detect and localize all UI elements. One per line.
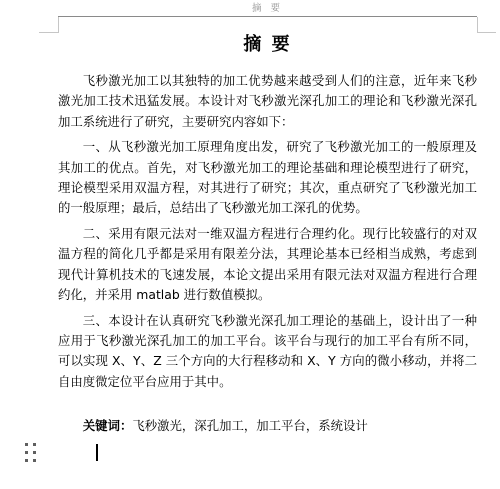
crop-mark-top-left-vertical — [58, 17, 59, 33]
abstract-paragraph-1[interactable]: 飞秒激光加工以其独特的加工优势越来越受到人们的注意，近年来飞秒激光加工技术迅猛发… — [58, 71, 477, 132]
crop-mark-top-right-horizontal — [477, 32, 496, 33]
abstract-paragraph-2[interactable]: 一、从飞秒激光加工原理角度出发，研究了飞秒激光加工的一般原理及其加工的优点。首先… — [58, 137, 477, 218]
abstract-paragraph-4[interactable]: 三、本设计在认真研究飞秒激光深孔加工理论的基础上，设计出了一种应用于飞秒激光深孔… — [58, 311, 477, 392]
text-cursor — [96, 444, 98, 461]
abstract-title[interactable]: 摘 要 — [58, 35, 477, 55]
drag-handle-dots-icon[interactable] — [25, 443, 36, 462]
keywords-line[interactable]: 关键词：飞秒激光，深孔加工，加工平台，系统设计 — [58, 416, 477, 436]
crop-mark-top-right-vertical — [477, 17, 478, 33]
document-page: 摘 要 摘 要 飞秒激光加工以其独特的加工优势越来越受到人们的注意，近年来飞秒激… — [0, 0, 500, 489]
header-rule — [58, 16, 477, 17]
running-header-text: 摘 要 — [252, 3, 283, 14]
abstract-paragraph-3[interactable]: 二、采用有限元法对一维双温方程进行合理约化。现行比较盛行的对双温方程的简化几乎都… — [58, 224, 477, 305]
keywords-text: 飞秒激光，深孔加工，加工平台，系统设计 — [132, 418, 367, 433]
keywords-label: 关键词： — [83, 418, 133, 433]
abstract-body: 飞秒激光加工以其独特的加工优势越来越受到人们的注意，近年来飞秒激光加工技术迅猛发… — [58, 71, 477, 442]
running-header: 摘 要 — [58, 3, 477, 14]
crop-mark-top-left-horizontal — [39, 32, 58, 33]
